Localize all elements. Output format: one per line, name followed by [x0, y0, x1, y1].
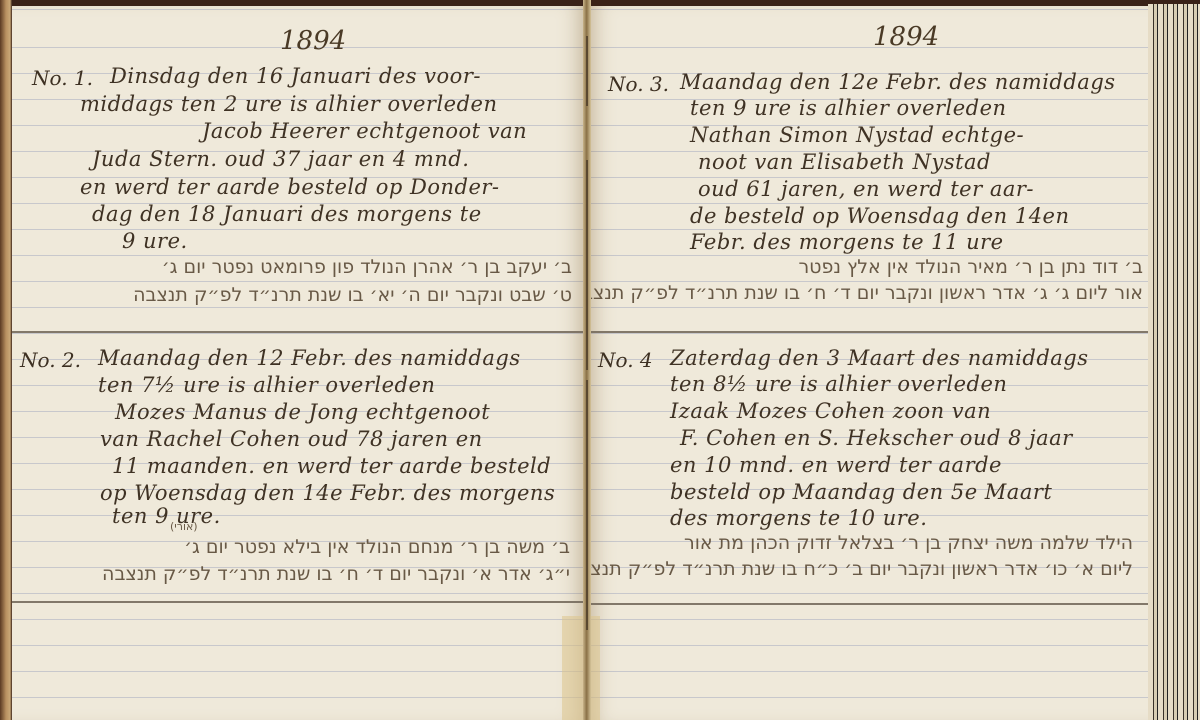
entry-line: Mozes Manus de Jong echtgenoot [115, 400, 490, 424]
entry-divider [12, 601, 585, 603]
hebrew-line: ב׳ דוד נתן בן ר׳ מאיר הנולד אין אלץ נפטר [798, 256, 1143, 278]
hebrew-line: ב׳ משה בן ר׳ מנחם הנולד אין בילא נפטר יו… [184, 536, 570, 558]
entry-line: ten 7½ ure is alhier overleden [98, 373, 435, 397]
entry-number: No. 2. [20, 348, 81, 372]
binding-stitch [586, 380, 588, 630]
entry-2: No. 2. Maandag den 12 Febr. des namiddag… [20, 348, 580, 598]
left-page-year: 1894 [280, 26, 346, 56]
right-page: 1894 No. 3. Maandag den 12e Febr. des na… [588, 6, 1148, 720]
entry-3: No. 3. Maandag den 12e Febr. des namidda… [608, 72, 1143, 322]
entry-number: No. 1. [32, 66, 93, 90]
entry-number: No. 4 [598, 348, 653, 372]
entry-line: Zaterdag den 3 Maart des namiddags [670, 346, 1089, 370]
entry-line: F. Cohen en S. Hekscher oud 8 jaar [680, 426, 1073, 450]
entry-line: Maandag den 12 Febr. des namiddags [98, 346, 521, 370]
entry-divider [588, 603, 1148, 605]
entry-line: middags ten 2 ure is alhier overleden [80, 92, 498, 116]
entry-divider [12, 331, 585, 333]
entry-line: Maandag den 12e Febr. des namiddags [680, 70, 1116, 94]
entry-line: 9 ure. [122, 229, 188, 253]
hebrew-line: ב׳ יעקב בן ר׳ אהרן הנולד פון פרומאט נפטר… [162, 256, 572, 278]
right-page-year: 1894 [873, 22, 939, 52]
entry-line: van Rachel Cohen oud 78 jaren en [100, 427, 483, 451]
left-page: 1894 No. 1. Dinsdag den 16 Januari des v… [12, 6, 585, 720]
entry-line: oud 61 jaren, en werd ter aar- [698, 177, 1034, 201]
ledger-book: 1894 No. 1. Dinsdag den 16 Januari des v… [0, 0, 1200, 720]
entry-line: en werd ter aarde besteld op Donder- [80, 175, 500, 199]
entry-line: des morgens te 10 ure. [670, 506, 927, 530]
hebrew-line: י״ג׳ אדר א׳ ונקבר יום ד׳ ח׳ בו שנת תרנ״ד… [102, 563, 570, 585]
entry-line: Juda Stern. oud 37 jaar en 4 mnd. [92, 147, 469, 171]
hebrew-line: הילד שלמה משה יצחק בן ר׳ בצלאל זדוק הכהן… [684, 532, 1133, 554]
entry-number: No. 3. [608, 72, 669, 96]
hebrew-line: ליום א׳ כו׳ אדר ראשון ונקבר יום ב׳ כ״ח ב… [588, 558, 1133, 580]
entry-line: Febr. des morgens te 11 ure [690, 230, 1004, 254]
entry-line: ten 9 ure is alhier overleden [690, 96, 1007, 120]
entry-line: de besteld op Woensdag den 14en [690, 204, 1070, 228]
entry-line: Jacob Heerer echtgenoot van [202, 119, 527, 143]
entry-line: besteld op Maandag den 5e Maart [670, 480, 1052, 504]
binding-stitch [586, 36, 588, 106]
entry-1: No. 1. Dinsdag den 16 Januari des voor- … [32, 66, 582, 316]
entry-line: dag den 18 Januari des morgens te [92, 202, 482, 226]
entry-line: ten 8½ ure is alhier overleden [670, 372, 1007, 396]
binding-stitch [586, 160, 588, 370]
hebrew-line: ט׳ שבט ונקבר יום ה׳ יא׳ בו שנת תרנ״ד לפ״… [133, 284, 572, 306]
entry-line: noot van Elisabeth Nystad [698, 150, 991, 174]
hebrew-line: אור ליום ג׳ ג׳ אדר ראשון ונקבר יום ד׳ ח׳… [588, 282, 1143, 304]
entry-line: op Woensdag den 14e Febr. des morgens [100, 481, 555, 505]
entry-line: en 10 mnd. en werd ter aarde [670, 453, 1002, 477]
entry-line: 11 maanden. en werd ter aarde besteld [112, 454, 551, 478]
entry-line: Nathan Simon Nystad echtge- [690, 123, 1024, 147]
page-edges [1148, 4, 1200, 720]
entry-line: Dinsdag den 16 Januari des voor- [110, 64, 481, 88]
entry-divider [588, 331, 1148, 333]
entry-line: Izaak Mozes Cohen zoon van [670, 399, 991, 423]
hebrew-annotation: (אורי) [170, 520, 198, 533]
repair-tape [562, 616, 585, 720]
entry-line: ten 9 ure. [112, 504, 221, 528]
entry-4: No. 4 Zaterdag den 3 Maart des namiddags… [598, 348, 1143, 598]
